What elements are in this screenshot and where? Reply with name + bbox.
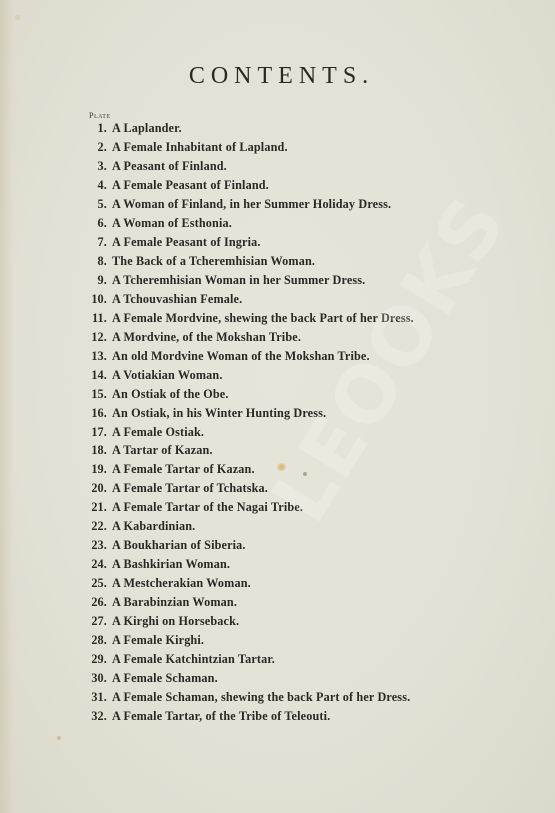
plate-title: A Female Peasant of Ingria. xyxy=(112,233,480,252)
plate-title: A Woman of Finland, in her Summer Holida… xyxy=(112,195,480,214)
contents-row: 24.A Bashkirian Woman. xyxy=(80,555,480,574)
plate-number: 14. xyxy=(80,366,112,385)
contents-row: 1.A Laplander. xyxy=(80,119,480,138)
plate-number: 4. xyxy=(80,176,112,195)
page-title: CONTENTS. xyxy=(0,63,555,90)
contents-row: 5.A Woman of Finland, in her Summer Holi… xyxy=(80,195,480,214)
plate-title: A Mordvine, of the Mokshan Tribe. xyxy=(112,328,480,347)
plate-number: 13. xyxy=(80,347,112,366)
plate-title: A Woman of Esthonia. xyxy=(112,214,480,233)
plate-number: 1. xyxy=(80,119,112,138)
plate-title: A Female Tartar of Tchatska. xyxy=(112,479,480,498)
plate-title: An Ostiak, in his Winter Hunting Dress. xyxy=(112,404,480,423)
plate-title: A Boukharian of Siberia. xyxy=(112,536,480,555)
foxing-stain xyxy=(277,463,286,471)
contents-row: 23.A Boukharian of Siberia. xyxy=(80,536,480,555)
plate-title: A Laplander. xyxy=(112,119,480,138)
plate-number: 21. xyxy=(80,498,112,517)
plate-number: 25. xyxy=(80,574,112,593)
plate-number: 24. xyxy=(80,555,112,574)
contents-row: 20.A Female Tartar of Tchatska. xyxy=(80,479,480,498)
plate-title: A Female Schaman, shewing the back Part … xyxy=(112,688,480,707)
plate-number: 7. xyxy=(80,233,112,252)
contents-list: 1.A Laplander. 2.A Female Inhabitant of … xyxy=(80,119,480,726)
plate-title: A Bashkirian Woman. xyxy=(112,555,480,574)
contents-row: 16.An Ostiak, in his Winter Hunting Dres… xyxy=(80,404,480,423)
plate-title: A Kirghi on Horseback. xyxy=(112,612,480,631)
contents-row: 32.A Female Tartar, of the Tribe of Tele… xyxy=(80,707,480,726)
plate-title: A Kabardinian. xyxy=(112,517,480,536)
plate-number: 27. xyxy=(80,612,112,631)
plate-number: 11. xyxy=(80,309,112,328)
plate-title: A Female Tartar of the Nagai Tribe. xyxy=(112,498,480,517)
plate-number: 32. xyxy=(80,707,112,726)
plate-title: A Female Tartar, of the Tribe of Teleout… xyxy=(112,707,480,726)
contents-row: 3.A Peasant of Finland. xyxy=(80,157,480,176)
plate-title: A Female Peasant of Finland. xyxy=(112,176,480,195)
plate-title: The Back of a Tcheremhisian Woman. xyxy=(112,252,480,271)
contents-row: 12.A Mordvine, of the Mokshan Tribe. xyxy=(80,328,480,347)
plate-number: 2. xyxy=(80,138,112,157)
plate-title: An old Mordvine Woman of the Mokshan Tri… xyxy=(112,347,480,366)
contents-row: 8.The Back of a Tcheremhisian Woman. xyxy=(80,252,480,271)
plate-title: A Female Ostiak. xyxy=(112,423,480,442)
plate-number: 20. xyxy=(80,479,112,498)
plate-title: A Female Schaman. xyxy=(112,669,480,688)
book-page: CONTENTS. Plate 1.A Laplander. 2.A Femal… xyxy=(0,0,555,813)
plate-number: 22. xyxy=(80,517,112,536)
plate-number: 15. xyxy=(80,385,112,404)
contents-row: 27.A Kirghi on Horseback. xyxy=(80,612,480,631)
plate-number: 31. xyxy=(80,688,112,707)
contents-row: 2.A Female Inhabitant of Lapland. xyxy=(80,138,480,157)
plate-number: 5. xyxy=(80,195,112,214)
plate-number: 30. xyxy=(80,669,112,688)
plate-number: 29. xyxy=(80,650,112,669)
contents-row: 22.A Kabardinian. xyxy=(80,517,480,536)
plate-number: 28. xyxy=(80,631,112,650)
plate-title: A Female Mordvine, shewing the back Part… xyxy=(112,309,480,328)
contents-row: 17.A Female Ostiak. xyxy=(80,423,480,442)
plate-title: A Tchouvashian Female. xyxy=(112,290,480,309)
plate-number: 17. xyxy=(80,423,112,442)
plate-title: A Female Katchintzian Tartar. xyxy=(112,650,480,669)
contents-row: 11.A Female Mordvine, shewing the back P… xyxy=(80,309,480,328)
plate-title: A Votiakian Woman. xyxy=(112,366,480,385)
contents-row: 31.A Female Schaman, shewing the back Pa… xyxy=(80,688,480,707)
contents-row: 29.A Female Katchintzian Tartar. xyxy=(80,650,480,669)
contents-row: 7.A Female Peasant of Ingria. xyxy=(80,233,480,252)
plate-title: A Female Kirghi. xyxy=(112,631,480,650)
contents-row: 21.A Female Tartar of the Nagai Tribe. xyxy=(80,498,480,517)
plate-number: 3. xyxy=(80,157,112,176)
plate-title: A Barabinzian Woman. xyxy=(112,593,480,612)
plate-number: 8. xyxy=(80,252,112,271)
plate-number: 12. xyxy=(80,328,112,347)
plate-title: An Ostiak of the Obe. xyxy=(112,385,480,404)
plate-title: A Mestcherakian Woman. xyxy=(112,574,480,593)
plate-number: 23. xyxy=(80,536,112,555)
contents-row: 6.A Woman of Esthonia. xyxy=(80,214,480,233)
plate-title: A Female Inhabitant of Lapland. xyxy=(112,138,480,157)
plate-number: 19. xyxy=(80,460,112,479)
contents-row: 30.A Female Schaman. xyxy=(80,669,480,688)
plate-title: A Tartar of Kazan. xyxy=(112,441,480,460)
plate-title: A Peasant of Finland. xyxy=(112,157,480,176)
contents-row: 28.A Female Kirghi. xyxy=(80,631,480,650)
contents-row: 13.An old Mordvine Woman of the Mokshan … xyxy=(80,347,480,366)
contents-row: 18.A Tartar of Kazan. xyxy=(80,441,480,460)
plate-number: 9. xyxy=(80,271,112,290)
spine-shadow xyxy=(0,0,14,813)
foxing-spot xyxy=(303,472,307,476)
plate-number: 16. xyxy=(80,404,112,423)
plate-title: A Female Tartar of Kazan. xyxy=(112,460,480,479)
plate-number: 10. xyxy=(80,290,112,309)
contents-row: 15.An Ostiak of the Obe. xyxy=(80,385,480,404)
plate-number: 26. xyxy=(80,593,112,612)
plate-title: A Tcheremhisian Woman in her Summer Dres… xyxy=(112,271,480,290)
contents-row: 25.A Mestcherakian Woman. xyxy=(80,574,480,593)
contents-row: 9.A Tcheremhisian Woman in her Summer Dr… xyxy=(80,271,480,290)
foxing-spot xyxy=(57,736,61,740)
contents-row: 14.A Votiakian Woman. xyxy=(80,366,480,385)
plate-number: 6. xyxy=(80,214,112,233)
foxing-spot xyxy=(15,15,20,20)
contents-row: 10.A Tchouvashian Female. xyxy=(80,290,480,309)
contents-row: 26.A Barabinzian Woman. xyxy=(80,593,480,612)
plate-number: 18. xyxy=(80,441,112,460)
contents-row: 4.A Female Peasant of Finland. xyxy=(80,176,480,195)
